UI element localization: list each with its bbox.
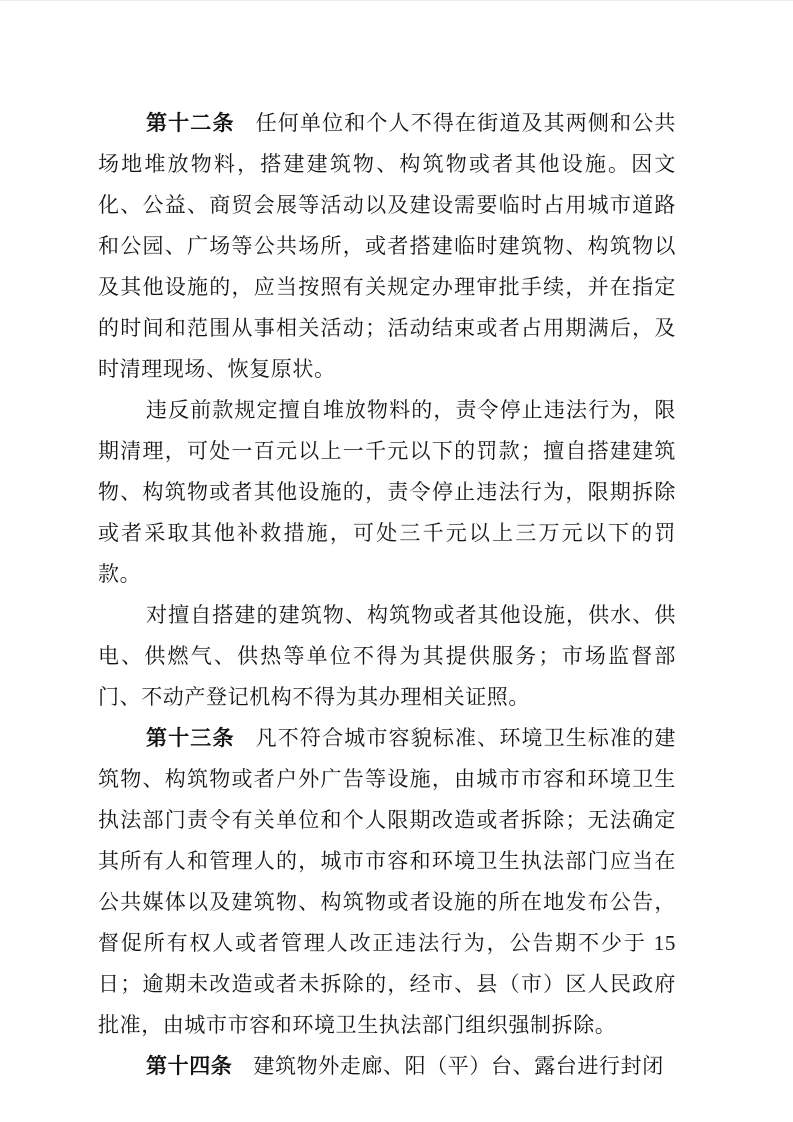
article-14-number-label: 第十四条 <box>146 1055 232 1078</box>
document-body: 第十二条任何单位和个人不得在街道及其两侧和公共场地堆放物料，搭建建筑物、构筑物或… <box>98 103 676 1087</box>
document-page: 第十二条任何单位和个人不得在街道及其两侧和公共场地堆放物料，搭建建筑物、构筑物或… <box>0 1 793 1122</box>
article-14-text: 建筑物外走廊、阳（平）台、露台进行封闭 <box>253 1054 663 1078</box>
paragraph-article-12-clause-3: 对擅自搭建的建筑物、构筑物或者其他设施，供水、供电、供燃气、供热等单位不得为其提… <box>98 595 676 718</box>
article-12-clause-3-text: 对擅自搭建的建筑物、构筑物或者其他设施，供水、供电、供燃气、供热等单位不得为其提… <box>98 603 676 709</box>
paragraph-article-12: 第十二条任何单位和个人不得在街道及其两侧和公共场地堆放物料，搭建建筑物、构筑物或… <box>98 103 676 390</box>
article-12-number-label: 第十二条 <box>146 112 235 135</box>
paragraph-article-12-clause-2: 违反前款规定擅自堆放物料的，责令停止违法行为，限期清理，可处一百元以上一千元以下… <box>98 390 676 595</box>
paragraph-article-14: 第十四条建筑物外走廊、阳（平）台、露台进行封闭 <box>98 1046 676 1087</box>
paragraph-article-13: 第十三条凡不符合城市容貌标准、环境卫生标准的建筑物、构筑物或者户外广告等设施，由… <box>98 718 676 1046</box>
article-12-clause-2-text: 违反前款规定擅自堆放物料的，责令停止违法行为，限期清理，可处一百元以上一千元以下… <box>98 398 676 586</box>
article-13-number-label: 第十三条 <box>146 727 235 750</box>
article-13-text: 凡不符合城市容貌标准、环境卫生标准的建筑物、构筑物或者户外广告等设施，由城市市容… <box>98 726 676 1037</box>
article-12-text: 任何单位和个人不得在街道及其两侧和公共场地堆放物料，搭建建筑物、构筑物或者其他设… <box>98 111 676 381</box>
document-screenshot: { "page": { "background_color": "#ffffff… <box>0 0 793 1122</box>
